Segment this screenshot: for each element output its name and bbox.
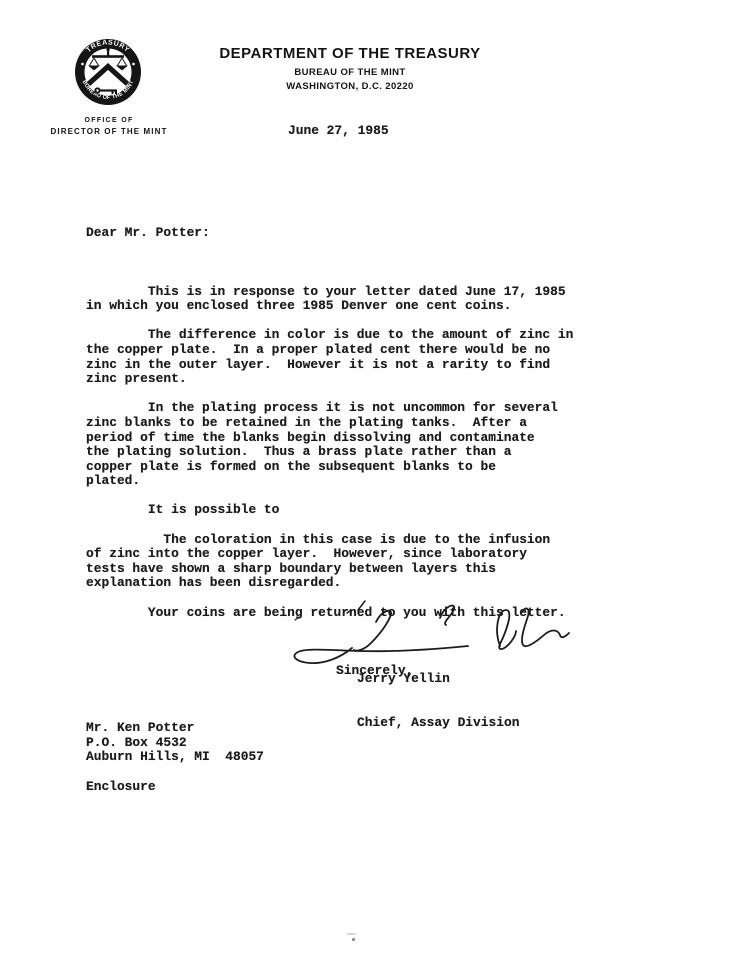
office-of-director-block: OFFICE OF DIRECTOR OF THE MINT (33, 117, 185, 136)
letter-paragraph: In the plating process it is not uncommo… (86, 401, 716, 489)
scan-speck (352, 938, 355, 941)
letter-date: June 27, 1985 (288, 124, 389, 139)
signature-block: Jerry Yellin Chief, Assay Division (357, 643, 519, 760)
letter-paragraph: The coloration in this case is due to th… (86, 533, 716, 591)
recipient-block: Mr. Ken PotterP.O. Box 4532Auburn Hills,… (86, 721, 264, 765)
recipient-line: P.O. Box 4532 (86, 736, 264, 751)
signer-name: Jerry Yellin (357, 672, 519, 687)
letter-paragraphs: This is in response to your letter dated… (86, 285, 716, 621)
letterhead: DEPARTMENT OF THE TREASURY BUREAU OF THE… (170, 45, 530, 92)
signer-title: Chief, Assay Division (357, 716, 519, 731)
scan-smudge (347, 933, 356, 935)
recipient-line: Mr. Ken Potter (86, 721, 264, 736)
letter-page: TREASURY BUREAU OF THE MINT DEPAR (0, 0, 750, 969)
director-of-mint-label: DIRECTOR OF THE MINT (33, 127, 185, 136)
letterhead-bureau: BUREAU OF THE MINT (170, 67, 530, 78)
letter-paragraph: The difference in color is due to the am… (86, 328, 716, 386)
letter-paragraph: It is possible to (86, 503, 716, 518)
treasury-mint-seal-icon: TREASURY BUREAU OF THE MINT (74, 38, 142, 106)
letterhead-city-zip: WASHINGTON, D.C. 20220 (170, 81, 530, 92)
letter-paragraph: This is in response to your letter dated… (86, 285, 716, 314)
office-of-label: OFFICE OF (33, 117, 185, 124)
enclosure-notation: Enclosure (86, 780, 156, 795)
letterhead-department: DEPARTMENT OF THE TREASURY (170, 45, 530, 62)
salutation: Dear Mr. Potter: (86, 226, 716, 241)
recipient-line: Auburn Hills, MI 48057 (86, 750, 264, 765)
letter-paragraph: Your coins are being returned to you wit… (86, 606, 716, 621)
